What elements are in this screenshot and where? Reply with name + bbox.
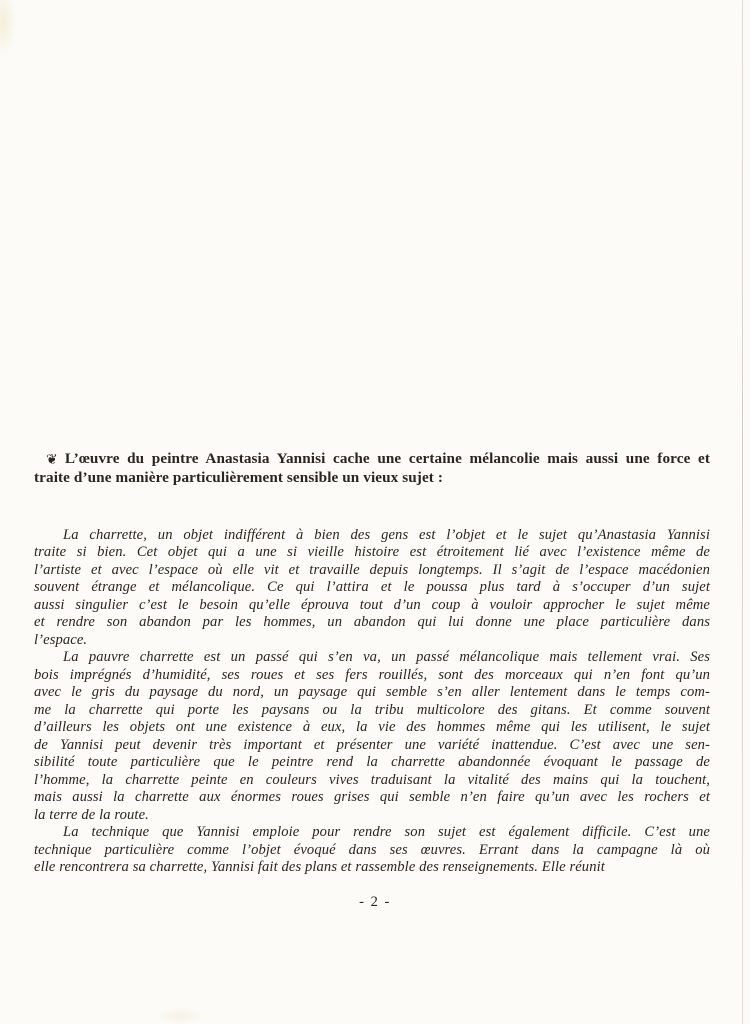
fleuron-icon: ❦ (46, 452, 58, 468)
text-line: et rendre son abandon par les hommes, un… (34, 614, 710, 632)
text-line: traite si bien. Cet objet qui a une si v… (34, 544, 710, 562)
text-line: mais aussi la charrette aux énormes roue… (34, 789, 710, 807)
text-line: l’espace. (34, 632, 710, 650)
text-line: La technique que Yannisi emploie pour re… (34, 824, 710, 842)
text-line: La pauvre charrette est un passé qui s’e… (34, 649, 710, 667)
text-line: me la charrette qui porte les paysans ou… (34, 702, 710, 720)
text-line: elle rencontrera sa charrette, Yannisi f… (34, 859, 710, 877)
text-line: la terre de la route. (34, 807, 710, 825)
body-text: La charrette, un objet indifférent à bie… (34, 527, 710, 877)
paragraph: La technique que Yannisi emploie pour re… (34, 824, 710, 877)
scanned-document-page: ❦L’œuvre du peintre Anastasia Yannisi ca… (0, 0, 750, 1024)
text-line: avec le gris du paysage du nord, un pays… (34, 684, 710, 702)
paragraph: La charrette, un objet indifférent à bie… (34, 527, 710, 650)
intro-line: traite d’une manière particulièrement se… (34, 469, 710, 487)
page-content: ❦L’œuvre du peintre Anastasia Yannisi ca… (34, 450, 710, 877)
text-line: souvent étrange et mélancolique. Ce qui … (34, 579, 710, 597)
text-line: d’ailleurs les objets ont une existence … (34, 719, 710, 737)
text-line: La charrette, un objet indifférent à bie… (34, 527, 710, 545)
text-line: sibilité toute particulière que le peint… (34, 754, 710, 772)
text-line: l’artiste et avec l’espace où elle vit e… (34, 562, 710, 580)
intro-line: ❦L’œuvre du peintre Anastasia Yannisi ca… (34, 450, 710, 469)
intro-paragraph: ❦L’œuvre du peintre Anastasia Yannisi ca… (34, 450, 710, 487)
text-line: de Yannisi peut devenir très important e… (34, 737, 710, 755)
text-line: bois imprégnés d’humidité, ses roues et … (34, 667, 710, 685)
paragraph: La pauvre charrette est un passé qui s’e… (34, 649, 710, 824)
text-line: aussi singulier c’est le besoin qu’elle … (34, 597, 710, 615)
text-line: l’homme, la charrette peinte en couleurs… (34, 772, 710, 790)
text-line: technique particulière comme l’objet évo… (34, 842, 710, 860)
page-number: - 2 - (0, 894, 750, 911)
